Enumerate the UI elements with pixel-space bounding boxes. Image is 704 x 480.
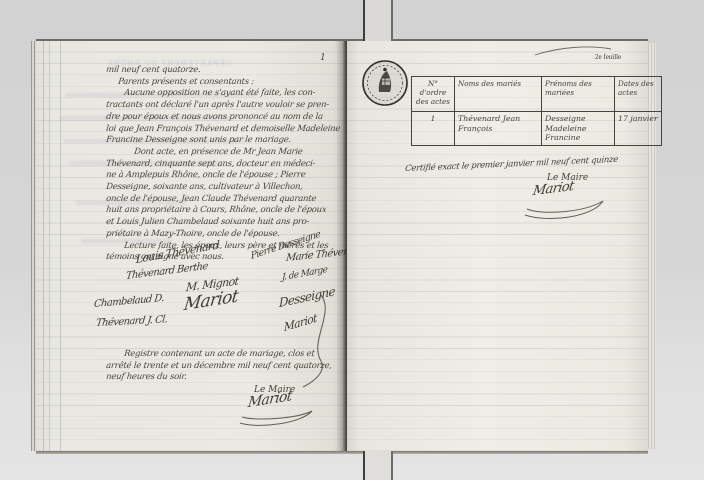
official-seal-stamp xyxy=(360,58,410,108)
closing-line: neuf heures du soir. xyxy=(105,372,336,384)
closing-line: arrêté le trente et un décembre mil neuf… xyxy=(105,361,336,373)
act-line: loi que Jean François Thévenard et demoi… xyxy=(105,124,340,136)
witness-signature: Mariot xyxy=(284,311,317,334)
act-line: ne à Amplepuis Rhône, oncle de l'épouse … xyxy=(105,170,340,182)
act-line: Aucune opposition ne s'ayant été faite, … xyxy=(123,88,340,100)
spine-band-top xyxy=(363,0,393,41)
closing-line: Registre contenant un acte de mariage, c… xyxy=(123,349,336,361)
margin-rule-lines xyxy=(43,41,61,451)
scanned-register-photo: { "scene": { "background_color": "#d6d6d… xyxy=(0,0,704,480)
act-line: Desseigne, soixante ans, cultivateur à V… xyxy=(105,182,340,194)
act-line: huit ans propriétaire à Cours, Rhône, on… xyxy=(105,205,340,217)
act-line: Thévenard, cinquante sept ans, docteur e… xyxy=(105,159,340,171)
page-number: 1 xyxy=(320,53,326,63)
witness-signature: J. de Marge xyxy=(282,265,327,283)
left-page: DÉPARTEMENT DU RHÔNE 1 mil neuf cent qua… xyxy=(36,41,344,451)
act-line: Francine Desseigne sont unis par le mari… xyxy=(105,135,340,147)
act-line: Parents présents et consentants : xyxy=(117,77,340,89)
register-closing-text: Registre contenant un acte de mariage, c… xyxy=(106,349,336,384)
act-line: mil neuf cent quatorze. xyxy=(105,65,340,77)
column-header: Dates des actes xyxy=(615,77,662,112)
witness-signature: Desseigne xyxy=(279,284,335,310)
table-header-row: N° d'ordre des actes Noms des mariés Pré… xyxy=(412,77,662,112)
certification-line: Certifié exact le premier janvier mil ne… xyxy=(405,154,638,174)
witness-signature: Thévenard J. Cl. xyxy=(95,314,168,329)
annual-acts-table: N° d'ordre des actes Noms des mariés Pré… xyxy=(411,76,662,146)
act-line: oncle de l'épouse, Jean Claude Thévenard… xyxy=(105,194,340,206)
act-line: tractants ont déclaré l'un après l'autre… xyxy=(105,100,340,112)
table-row: 1 Thévenard Jean François Desseigne Made… xyxy=(412,112,662,146)
mayor-signature: Mariot xyxy=(532,179,575,199)
sheet-number-label: 2e feuille xyxy=(595,53,621,61)
act-line: et Louis Julien Chambelaud soixante huit… xyxy=(105,217,340,229)
wife-name-cell: Desseigne Madeleine Francine xyxy=(542,112,615,146)
column-header: N° d'ordre des actes xyxy=(412,77,455,112)
column-header: Prénoms des mariées xyxy=(542,77,615,112)
act-date-cell: 17 janvier xyxy=(615,112,662,146)
column-header: Noms des mariés xyxy=(455,77,542,112)
open-register-book: DÉPARTEMENT DU RHÔNE 1 mil neuf cent qua… xyxy=(36,41,648,451)
right-page: 2e feuille N° d'ordre des actes Noms des… xyxy=(347,41,648,451)
spine-band-bottom xyxy=(363,451,393,480)
act-line: dre pour époux et nous avons prononcé au… xyxy=(105,112,340,124)
book-bottom-edge xyxy=(36,451,648,454)
witness-signature: Chambelaud D. xyxy=(94,293,165,310)
act-number-cell: 1 xyxy=(412,112,455,146)
husband-name-cell: Thévenard Jean François xyxy=(455,112,542,146)
act-line: Dont acte, en présence de Mr Jean Marie xyxy=(133,147,340,159)
